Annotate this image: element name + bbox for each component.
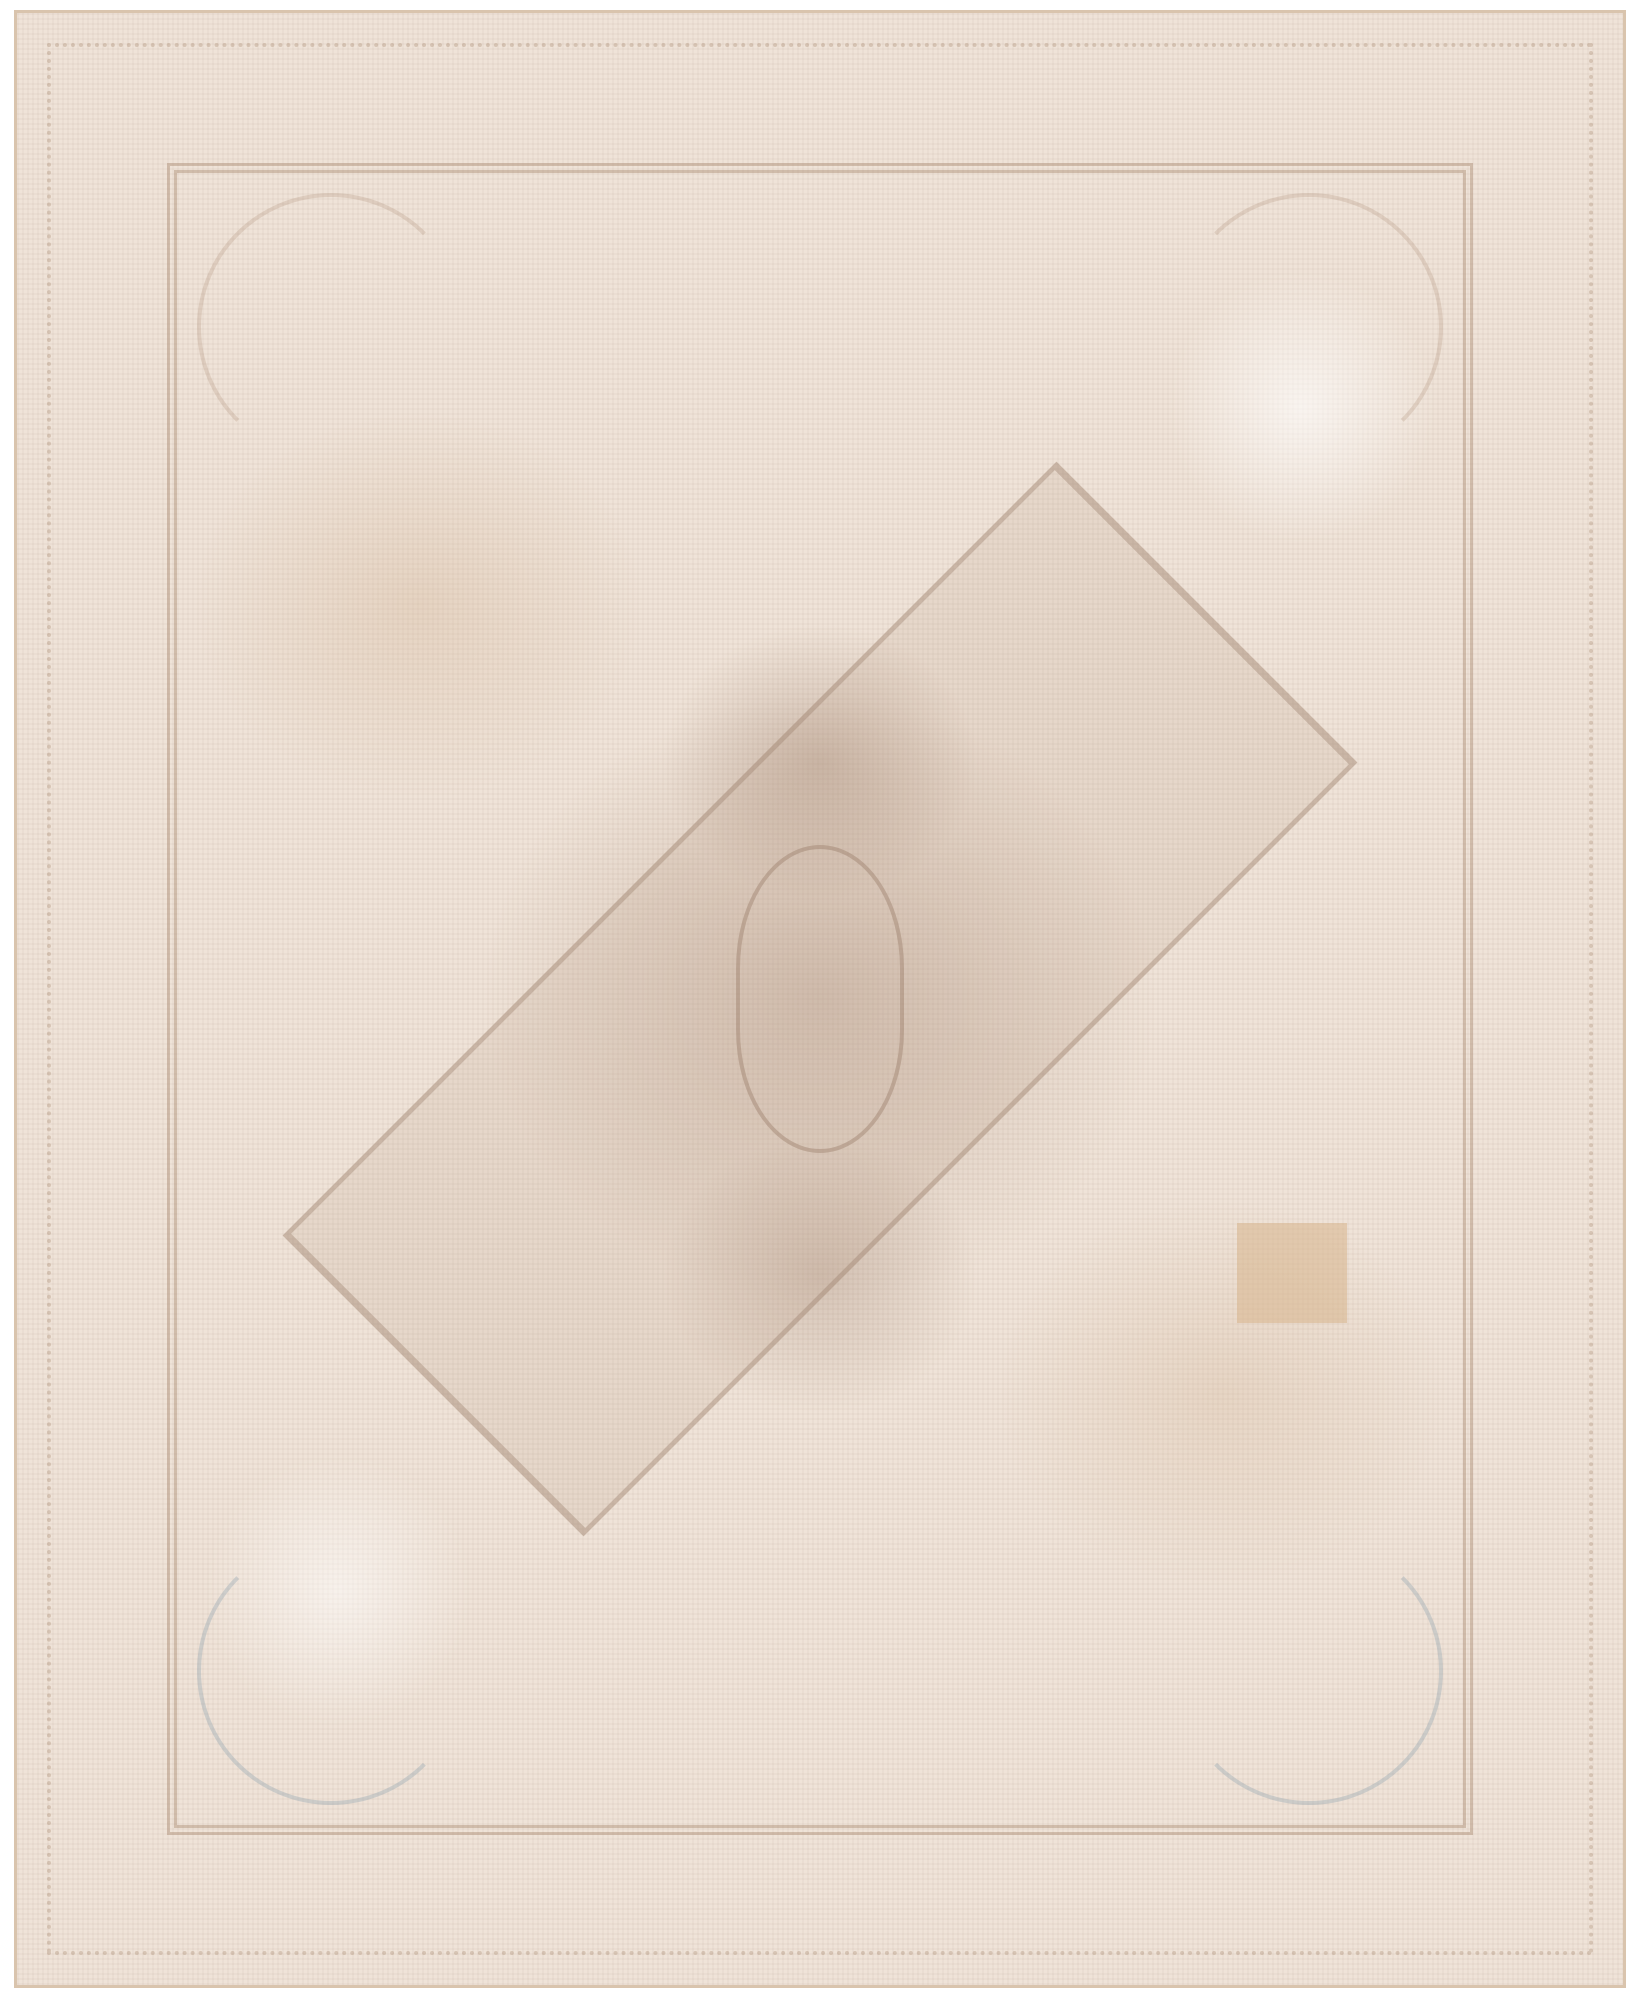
corner-motif [1175, 193, 1443, 461]
faded-patch [1237, 1223, 1347, 1323]
corner-motif [197, 193, 465, 461]
corner-motif [1175, 1537, 1443, 1805]
corner-motif [197, 1537, 465, 1805]
medallion-center [736, 845, 904, 1153]
rug-photo [14, 10, 1626, 1988]
